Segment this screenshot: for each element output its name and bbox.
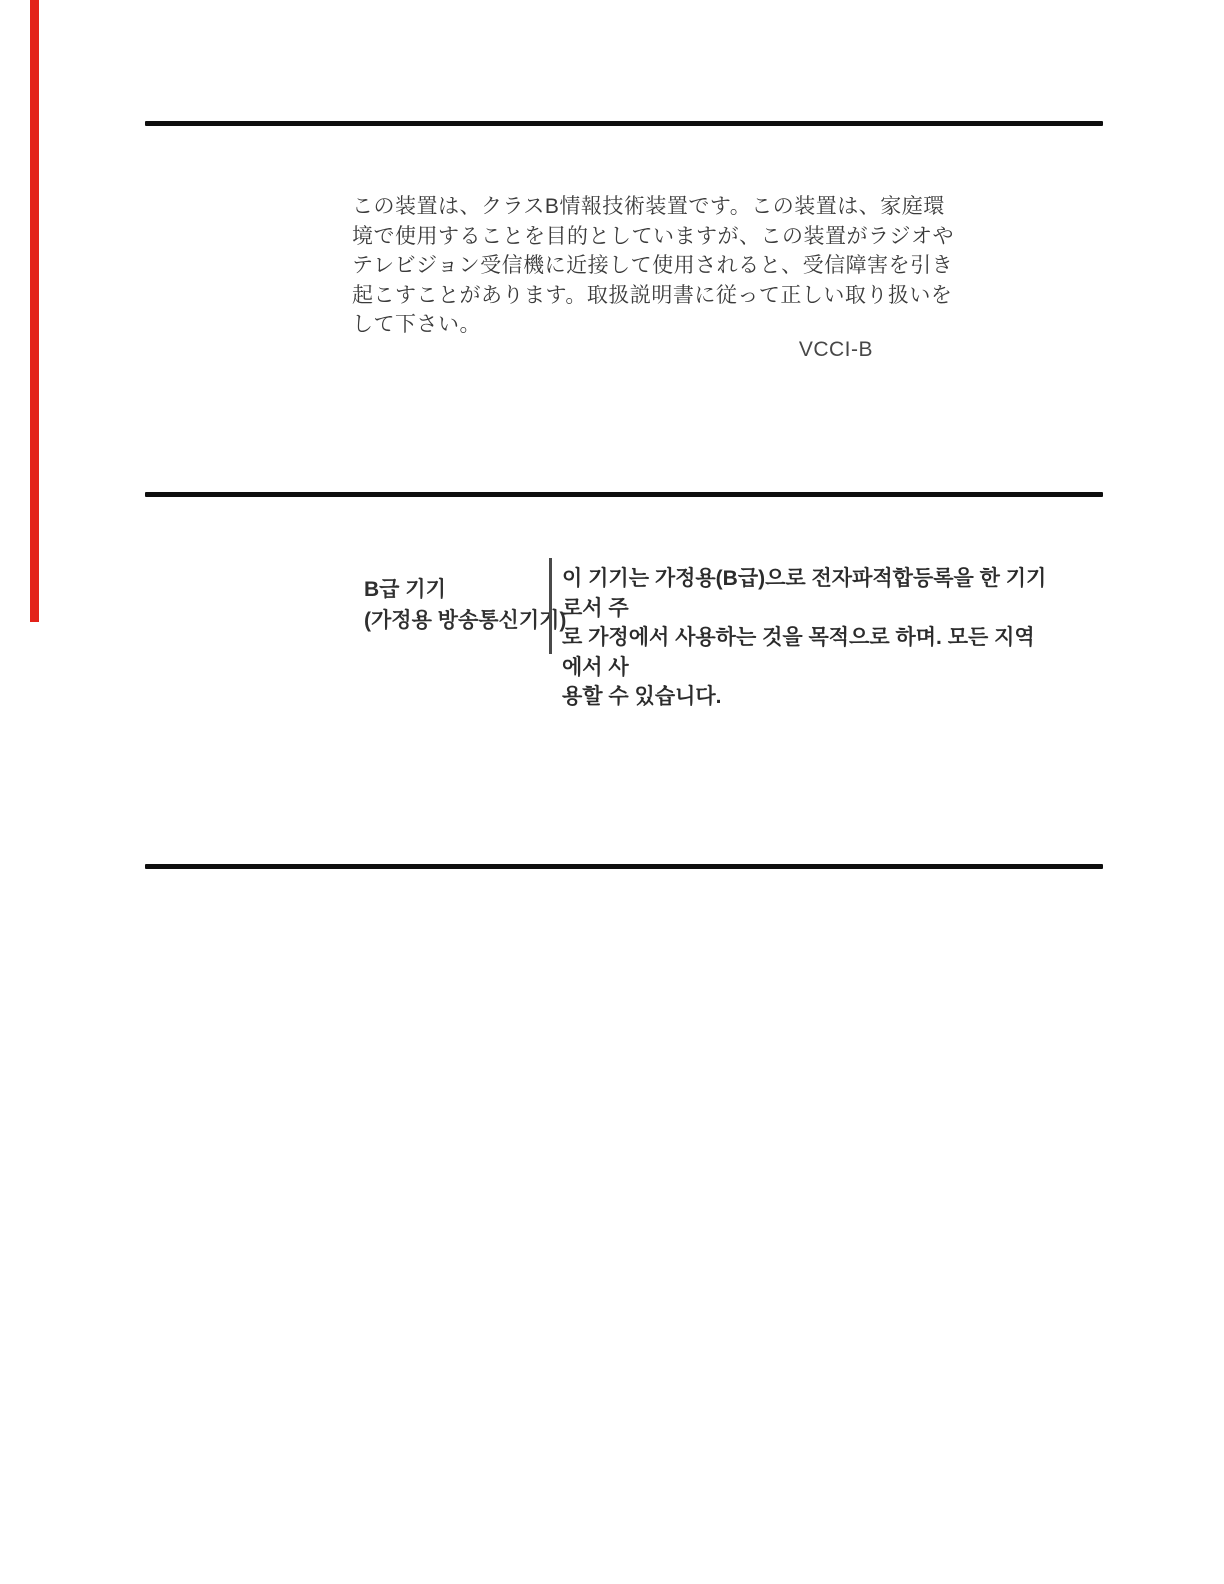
kcc-description-line: 용할 수 있습니다. <box>562 682 1048 712</box>
kcc-description-line: 로 가정에서 사용하는 것을 목적으로 하며. 모든 지역에서 사 <box>562 623 1048 682</box>
vcci-notice-line: 起こすことがあります。取扱説明書に従って正しい取り扱いを <box>352 281 882 311</box>
table-cell-divider <box>549 558 552 654</box>
vcci-b-label: VCCI-B <box>352 338 873 362</box>
vcci-notice-text: この装置は、クラスB情報技術装置です。この装置は、家庭環 境で使用することを目的… <box>352 192 882 340</box>
section-divider-top <box>145 121 1103 126</box>
kcc-device-class-sub: (가정용 방송통신기기) <box>364 605 546 636</box>
kcc-description-cell: 이 기기는 가정용(B급)으로 전자파적합등록을 한 기기로서 주 로 가정에서… <box>562 564 1048 712</box>
left-red-stripe <box>30 0 39 622</box>
vcci-notice-line: この装置は、クラスB情報技術装置です。この装置は、家庭環 <box>352 192 882 222</box>
section-divider-middle <box>145 492 1103 497</box>
document-page: この装置は、クラスB情報技術装置です。この装置は、家庭環 境で使用することを目的… <box>0 0 1224 1584</box>
vcci-notice-line: して下さい。 <box>352 310 882 340</box>
kcc-device-class-cell: B급 기기 (가정용 방송통신기기) <box>364 574 546 636</box>
section-divider-bottom <box>145 864 1103 869</box>
kcc-description-line: 이 기기는 가정용(B급)으로 전자파적합등록을 한 기기로서 주 <box>562 564 1048 623</box>
vcci-notice-line: 境で使用することを目的としていますが、この装置がラジオや <box>352 222 882 252</box>
kcc-device-class: B급 기기 <box>364 574 546 605</box>
kcc-class-b-table: B급 기기 (가정용 방송통신기기) 이 기기는 가정용(B급)으로 전자파적합… <box>360 556 1050 654</box>
vcci-notice-line: テレビジョン受信機に近接して使用されると、受信障害を引き <box>352 251 882 281</box>
